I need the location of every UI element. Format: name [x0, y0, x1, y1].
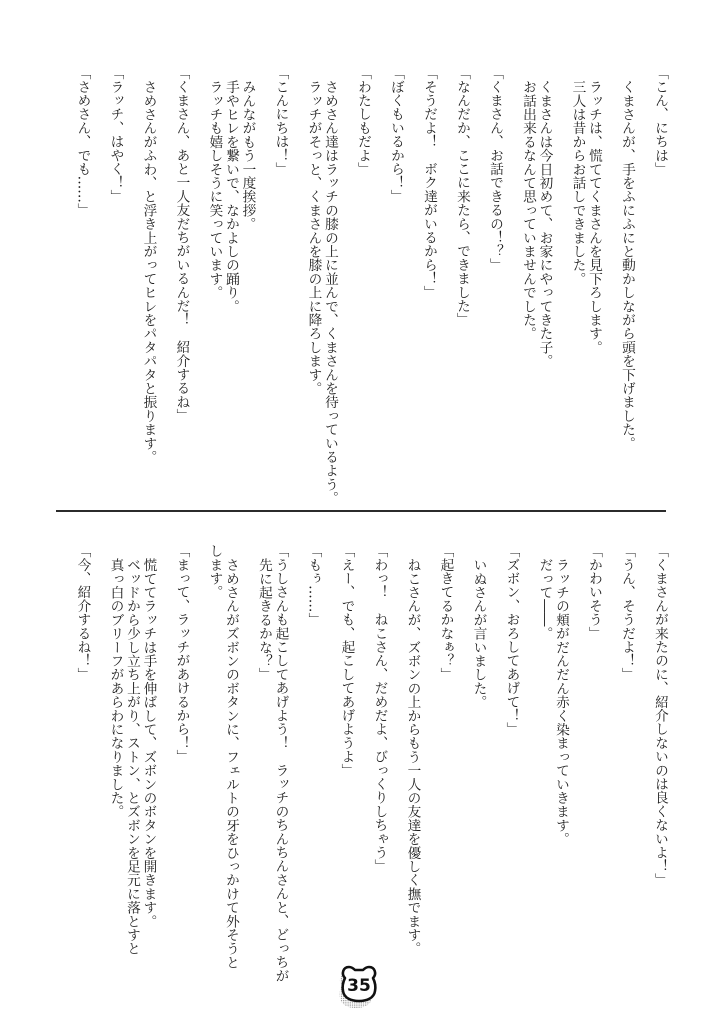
dialogue-line: 「まって、ラッチがあけるから！」	[173, 544, 190, 994]
narration-group: ねこさんが、ズボンの上からもう一人の友達を優しく撫でます。	[404, 544, 421, 994]
dialogue-group: 「起きてるかなぁ？」	[437, 544, 454, 994]
dialogue-line: 「わっ！ ねこさん、だめだよ、びっくりしちゃう」	[371, 544, 388, 994]
narration-line: だって――。	[536, 544, 553, 994]
dialogue-line: 「ズボン、おろしてあげて！」	[503, 544, 520, 994]
dialogue-group: 「まって、ラッチがあけるから！」	[173, 544, 190, 994]
dialogue-group: 「くまさんが来たのに、紹介しないのは良くないよ！」	[652, 544, 669, 994]
book-page: 「こん、にちは」 くまさんが、手をふにふにと動かしながら頭を下げました。 ラッチ…	[0, 0, 722, 1024]
dialogue-line: 「うん、そうだよ！」	[619, 544, 636, 994]
dialogue-line: 「ラッチ、はやく！」	[107, 66, 124, 516]
dialogue-group: 「なんだか、ここに来たら、できました」	[454, 66, 471, 516]
dialogue-line: 「こん、にちは」	[652, 66, 669, 516]
narration-group: ラッチは、慌ててくまさんを見下ろします。 三人は昔からお話しできました。	[569, 66, 602, 516]
dialogue-line: 「ぼくもいるから！」	[388, 66, 405, 516]
narration-group: 慌ててラッチは手を伸ばして、ズボンのボタンを開きます。 ベッドから少し立ち上がり…	[107, 544, 157, 994]
dialogue-line: 「今、紹介するね！」	[74, 544, 91, 994]
narration-line: 真っ白のブリーフがあらわになりました。	[107, 544, 124, 994]
narration-line: いぬさんが言いました。	[470, 544, 487, 994]
narration-group: くまさんが、手をふにふにと動かしながら頭を下げました。	[619, 66, 636, 516]
dialogue-line: 「そうだよ！ ボク達がいるから！」	[421, 66, 438, 516]
dialogue-line: 「うしさんも起こしてあげよう！ ラッチのちんちんさんと、どっちが	[272, 544, 289, 994]
narration-line: 手やヒレを繋いで、なかよしの踊り。	[223, 66, 240, 516]
narration-group: さめさんがふわ、と浮き上がってヒレをパタパタと振ります。	[140, 66, 157, 516]
dialogue-group: 「もぅ……」	[305, 544, 322, 994]
narration-group: さめさん達はラッチの膝の上に並んで、くまさんを待っているよう。 ラッチがそっと、…	[305, 66, 338, 516]
dialogue-line: 「くまさん、お話できるの！？」	[487, 66, 504, 516]
dialogue-line: 「かわいそう」	[586, 544, 603, 994]
bear-head-icon: 35	[336, 961, 382, 1011]
narration-group: みんながもう一度挨拶。 手やヒレを繋いで、なかよしの踊り。 ラッチも嬉しそうに笑…	[206, 66, 256, 516]
dialogue-group: 「かわいそう」	[586, 544, 603, 994]
narration-line: さめさん達はラッチの膝の上に並んで、くまさんを待っているよう。	[322, 66, 339, 516]
dialogue-line: 「なんだか、ここに来たら、できました」	[454, 66, 471, 516]
narration-line-continued: します。	[206, 544, 223, 994]
page-number: 35	[347, 976, 371, 996]
dialogue-group: 「わたしもだよ」	[355, 66, 372, 516]
dialogue-line: 「くまさんが来たのに、紹介しないのは良くないよ！」	[652, 544, 669, 994]
lower-text-block: 「くまさんが来たのに、紹介しないのは良くないよ！」 「うん、そうだよ！」 「かわ…	[68, 544, 668, 994]
narration-line: くまさんは今日初めて、お家にやってきた子。	[536, 66, 553, 516]
narration-line: ラッチがそっと、くまさんを膝の上に降ろします。	[305, 66, 322, 516]
dialogue-group: 「うしさんも起こしてあげよう！ ラッチのちんちんさんと、どっちが 先に起きるかな…	[256, 544, 289, 994]
dialogue-group: 「そうだよ！ ボク達がいるから！」	[421, 66, 438, 516]
dialogue-group: 「こんにちは！」	[272, 66, 289, 516]
section-divider	[56, 510, 666, 512]
narration-line: くまさんが、手をふにふにと動かしながら頭を下げました。	[619, 66, 636, 516]
dialogue-line: 「くまさん、あと一人友だちがいるんだ！ 紹介するね」	[173, 66, 190, 516]
dialogue-group: 「ズボン、おろしてあげて！」	[503, 544, 520, 994]
narration-line: お話出来るなんて思っていませんでした。	[520, 66, 537, 516]
dialogue-line: 「もぅ……」	[305, 544, 322, 994]
narration-line: みんながもう一度挨拶。	[239, 66, 256, 516]
page-number-badge: 35	[336, 961, 382, 1011]
narration-group: いぬさんが言いました。	[470, 544, 487, 994]
narration-line: ラッチも嬉しそうに笑っています。	[206, 66, 223, 516]
dialogue-group: 「えー、でも、起こしてあげようよ」	[338, 544, 355, 994]
narration-line: ラッチの頬がだんだん赤く染まっていきます。	[553, 544, 570, 994]
dialogue-line: 「わたしもだよ」	[355, 66, 372, 516]
dialogue-group: 「こん、にちは」	[652, 66, 669, 516]
upper-text-block: 「こん、にちは」 くまさんが、手をふにふにと動かしながら頭を下げました。 ラッチ…	[68, 66, 668, 516]
narration-group: さめさんがズボンのボタンに、フェルトの牙をひっかけて外そうと します。	[206, 544, 239, 994]
dialogue-line: 「さめさん、でも……」	[74, 66, 91, 516]
dialogue-line: 「起きてるかなぁ？」	[437, 544, 454, 994]
dialogue-line-continued: 先に起きるかな？」	[256, 544, 273, 994]
dialogue-group: 「くまさん、お話できるの！？」	[487, 66, 504, 516]
narration-line: 慌ててラッチは手を伸ばして、ズボンのボタンを開きます。	[140, 544, 157, 994]
narration-line: ベッドから少し立ち上がり、ストン、とズボンを足元に落とすと	[124, 544, 141, 994]
narration-line: 三人は昔からお話しできました。	[569, 66, 586, 516]
dialogue-line: 「えー、でも、起こしてあげようよ」	[338, 544, 355, 994]
dialogue-group: 「さめさん、でも……」	[74, 66, 91, 516]
dialogue-group: 「わっ！ ねこさん、だめだよ、びっくりしちゃう」	[371, 544, 388, 994]
narration-line: ねこさんが、ズボンの上からもう一人の友達を優しく撫でます。	[404, 544, 421, 994]
dialogue-group: 「ラッチ、はやく！」	[107, 66, 124, 516]
narration-group: ラッチの頬がだんだん赤く染まっていきます。 だって――。	[536, 544, 569, 994]
narration-line: ラッチは、慌ててくまさんを見下ろします。	[586, 66, 603, 516]
dialogue-group: 「うん、そうだよ！」	[619, 544, 636, 994]
narration-line: さめさんがふわ、と浮き上がってヒレをパタパタと振ります。	[140, 66, 157, 516]
narration-line: さめさんがズボンのボタンに、フェルトの牙をひっかけて外そうと	[223, 544, 240, 994]
dialogue-group: 「今、紹介するね！」	[74, 544, 91, 994]
dialogue-group: 「ぼくもいるから！」	[388, 66, 405, 516]
dialogue-line: 「こんにちは！」	[272, 66, 289, 516]
narration-group: くまさんは今日初めて、お家にやってきた子。 お話出来るなんて思っていませんでした…	[520, 66, 553, 516]
dialogue-group: 「くまさん、あと一人友だちがいるんだ！ 紹介するね」	[173, 66, 190, 516]
